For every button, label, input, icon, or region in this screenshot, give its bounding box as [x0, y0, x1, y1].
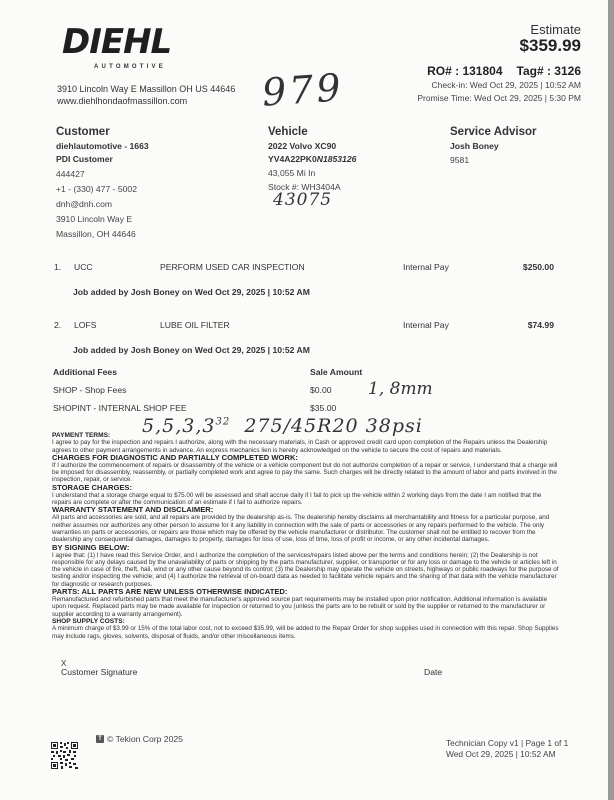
- fee-amount: $35.00: [310, 403, 336, 413]
- tekion-logo-icon: T: [96, 735, 104, 743]
- job-price: $250.00: [523, 262, 554, 272]
- tekion-copyright: T © Tekion Corp 2025: [96, 734, 183, 744]
- job-added-note: Job added by Josh Boney on Wed Oct 29, 2…: [73, 287, 310, 297]
- printed-timestamp: Wed Oct 29, 2025 | 10:52 AM: [446, 749, 568, 760]
- handwritten-note: 1, 8mm: [368, 379, 433, 399]
- customer-signature-label: Customer Signature: [61, 667, 137, 677]
- qr-code-icon: [51, 742, 78, 769]
- copyright-text: © Tekion Corp 2025: [107, 734, 183, 744]
- dealer-address-block: 3910 Lincoln Way E Massillon OH US 44646…: [57, 83, 235, 107]
- terms-text: Remanufactured and refurbished parts tha…: [52, 596, 562, 618]
- fees-heading: Additional Fees: [53, 367, 117, 377]
- vehicle-vin: YV4A22PK0N1853126: [268, 153, 356, 166]
- dealer-address: 3910 Lincoln Way E Massillon OH US 44646: [57, 83, 235, 95]
- handwritten-mileage: 43075: [273, 190, 332, 210]
- fee-name: SHOPINT - INTERNAL SHOP FEE: [53, 403, 187, 413]
- customer-name: diehlautomotive - 1663: [56, 140, 149, 153]
- terms-heading: STORAGE CHARGES:: [52, 484, 562, 492]
- diehl-logo: DIEHL AUTOMOTIVE: [62, 24, 171, 70]
- vehicle-mileage: 43,055 Mi In: [268, 167, 356, 180]
- job-pay-type: Internal Pay: [403, 262, 449, 272]
- repair-order-document: DIEHL AUTOMOTIVE 3910 Lincoln Way E Mass…: [0, 0, 614, 800]
- job-added-note: Job added by Josh Boney on Wed Oct 29, 2…: [73, 345, 310, 355]
- customer-heading: Customer: [56, 126, 149, 138]
- terms-text: I agree that: (1) I have read this Servi…: [52, 552, 562, 588]
- job-code: UCC: [74, 262, 93, 272]
- fee-name: SHOP - Shop Fees: [53, 385, 126, 395]
- terms-heading: CHARGES FOR DIAGNOSTIC AND PARTIALLY COM…: [52, 454, 562, 462]
- terms-text: A minimum charge of $3.99 or 15% of the …: [52, 625, 562, 640]
- date-label: Date: [424, 667, 442, 677]
- terms-and-conditions: PAYMENT TERMS: I agree to pay for the in…: [52, 432, 562, 640]
- advisor-name: Josh Boney: [450, 140, 537, 153]
- job-number: 2.: [54, 320, 61, 330]
- scan-edge: [608, 0, 614, 800]
- estimate-label: Estimate: [530, 22, 581, 37]
- customer-phone: +1 - (330) 477 - 5002: [56, 183, 149, 196]
- tire-tread-superscript: 32: [215, 417, 230, 428]
- ro-tag-line: RO# : 131804Tag# : 3126: [427, 64, 581, 78]
- customer-section: Customer diehlautomotive - 1663 PDI Cust…: [56, 126, 149, 241]
- job-description: LUBE OIL FILTER: [160, 320, 230, 330]
- vehicle-model: 2022 Volvo XC90: [268, 140, 356, 153]
- fee-amount: $0.00: [310, 385, 332, 395]
- estimate-total: $359.99: [520, 36, 581, 56]
- customer-email: dnh@dnh.com: [56, 198, 149, 211]
- job-code: LOFS: [74, 320, 96, 330]
- handwritten-number: 979: [261, 65, 345, 115]
- terms-heading: BY SIGNING BELOW:: [52, 544, 562, 552]
- job-description: PERFORM USED CAR INSPECTION: [160, 262, 305, 272]
- tag-number: Tag# : 3126: [517, 64, 581, 78]
- vehicle-heading: Vehicle: [268, 126, 356, 138]
- checkin-time: Check-in: Wed Oct 29, 2025 | 10:52 AM: [432, 80, 581, 90]
- customer-street: 3910 Lincoln Way E: [56, 213, 149, 226]
- job-price: $74.99: [528, 320, 554, 330]
- terms-heading: WARRANTY STATEMENT AND DISCLAIMER:: [52, 506, 562, 514]
- fees-amount-heading: Sale Amount: [310, 367, 362, 377]
- promise-time: Promise Time: Wed Oct 29, 2025 | 5:30 PM: [417, 93, 581, 103]
- footer-copy-info: Technician Copy v1 | Page 1 of 1 Wed Oct…: [446, 738, 568, 760]
- terms-text: If I authorize the commencement of repai…: [52, 462, 562, 484]
- customer-city: Massillon, OH 44646: [56, 228, 149, 241]
- advisor-heading: Service Advisor: [450, 126, 537, 138]
- terms-heading: SHOP SUPPLY COSTS:: [52, 618, 562, 625]
- logo-wordmark: DIEHL: [62, 24, 171, 60]
- customer-type: PDI Customer: [56, 153, 149, 166]
- job-pay-type: Internal Pay: [403, 320, 449, 330]
- terms-heading: PAYMENT TERMS:: [52, 432, 562, 439]
- terms-text: I agree to pay for the inspection and re…: [52, 439, 562, 454]
- advisor-section: Service Advisor Josh Boney 9581: [450, 126, 537, 167]
- logo-subtext: AUTOMOTIVE: [94, 64, 171, 70]
- ro-number: RO# : 131804: [427, 64, 502, 78]
- terms-heading: PARTS: ALL PARTS ARE NEW UNLESS OTHERWIS…: [52, 588, 562, 596]
- dealer-website: www.diehlhondaofmassillon.com: [57, 95, 235, 107]
- vin-suffix: N1853126: [317, 154, 357, 164]
- vin-prefix: YV4A22PK0: [268, 154, 317, 164]
- customer-id: 444427: [56, 168, 149, 181]
- terms-text: I understand that a storage charge equal…: [52, 492, 562, 507]
- advisor-id: 9581: [450, 154, 537, 167]
- terms-text: All parts and accessories are sold, and …: [52, 514, 562, 543]
- job-number: 1.: [54, 262, 61, 272]
- copy-page-info: Technician Copy v1 | Page 1 of 1: [446, 738, 568, 749]
- vehicle-section: Vehicle 2022 Volvo XC90 YV4A22PK0N185312…: [268, 126, 356, 194]
